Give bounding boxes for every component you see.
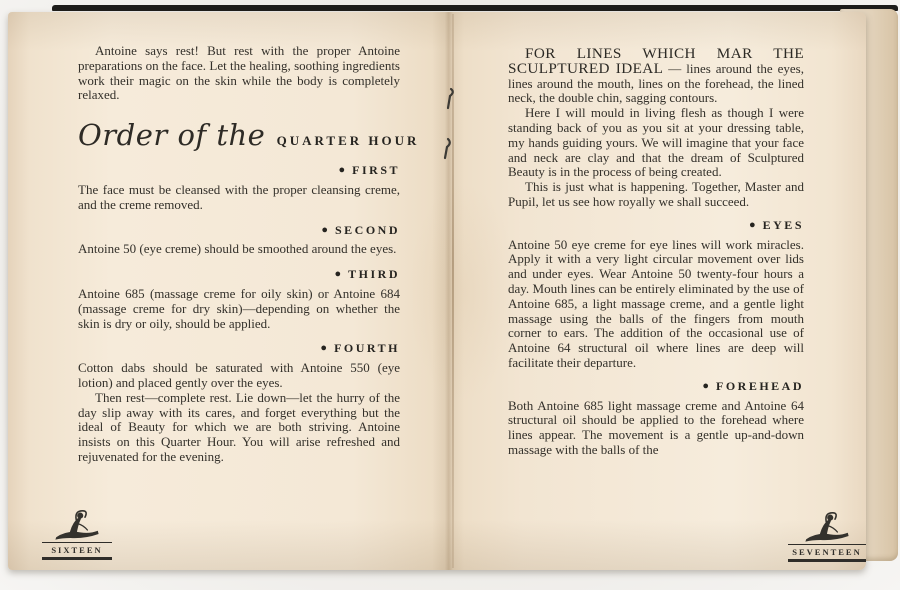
- section-label-text: FIRST: [352, 163, 400, 177]
- right-page-text-column: FOR LINES WHICH MAR THE SCULPTURED IDEAL…: [508, 47, 804, 458]
- section-label-forehead: ●FOREHEAD: [508, 379, 804, 395]
- section-label-text: FOREHEAD: [716, 379, 804, 393]
- section-label-text: EYES: [763, 218, 804, 232]
- left-page-text-column: Antoine says rest! But rest with the pro…: [78, 44, 400, 465]
- body-paragraph: Antoine 685 (massage creme for oily skin…: [78, 287, 400, 331]
- heading-script-text: Order of the: [78, 118, 265, 152]
- section-label-text: THIRD: [348, 267, 400, 281]
- bullet-icon: ●: [335, 268, 342, 280]
- page-number-emblem-left: SIXTEEN: [42, 508, 112, 560]
- page-number-emblem-right: SEVENTEEN: [788, 510, 866, 562]
- antoine-reclining-figure-icon: [803, 510, 851, 546]
- section-label-third: ●THIRD: [78, 267, 400, 283]
- page-number-word: SIXTEEN: [42, 542, 112, 560]
- paper-stain: [408, 182, 518, 402]
- section-label-text: SECOND: [335, 223, 400, 237]
- bullet-icon: ●: [749, 219, 756, 231]
- lead-paragraph: FOR LINES WHICH MAR THE SCULPTURED IDEAL…: [508, 47, 804, 106]
- intro-paragraph: Antoine says rest! But rest with the pro…: [78, 44, 400, 103]
- quarter-hour-heading: Order of the QUARTER HOUR: [78, 117, 400, 153]
- heading-caps-text: QUARTER HOUR: [277, 133, 420, 148]
- body-paragraph: Cotton dabs should be saturated with Ant…: [78, 361, 400, 391]
- body-paragraph: Then rest—complete rest. Lie down—let th…: [78, 391, 400, 465]
- section-label-text: FOURTH: [334, 341, 400, 355]
- section-label-second: ●SECOND: [78, 223, 400, 239]
- bullet-icon: ●: [339, 164, 346, 176]
- bullet-icon: ●: [321, 224, 328, 236]
- body-paragraph: The face must be cleansed with the prope…: [78, 183, 400, 213]
- body-paragraph: This is just what is happening. Together…: [508, 180, 804, 210]
- page-number-word: SEVENTEEN: [788, 544, 866, 562]
- body-paragraph: Antoine 50 eye creme for eye lines will …: [508, 238, 804, 371]
- section-label-first: ●FIRST: [78, 163, 400, 179]
- page-top-edge-shadow: [52, 5, 898, 11]
- staple-mark-icon: [443, 86, 457, 112]
- section-label-eyes: ●EYES: [508, 218, 804, 234]
- body-paragraph: Antoine 50 (eye creme) should be smoothe…: [78, 242, 400, 257]
- section-label-fourth: ●FOURTH: [78, 341, 400, 357]
- body-paragraph: Both Antoine 685 light massage creme and…: [508, 399, 804, 458]
- body-paragraph: Here I will mould in living flesh as tho…: [508, 106, 804, 180]
- bullet-icon: ●: [320, 342, 327, 354]
- antoine-reclining-figure-icon: [53, 508, 101, 544]
- staple-mark-icon: [441, 136, 455, 162]
- bullet-icon: ●: [702, 380, 709, 392]
